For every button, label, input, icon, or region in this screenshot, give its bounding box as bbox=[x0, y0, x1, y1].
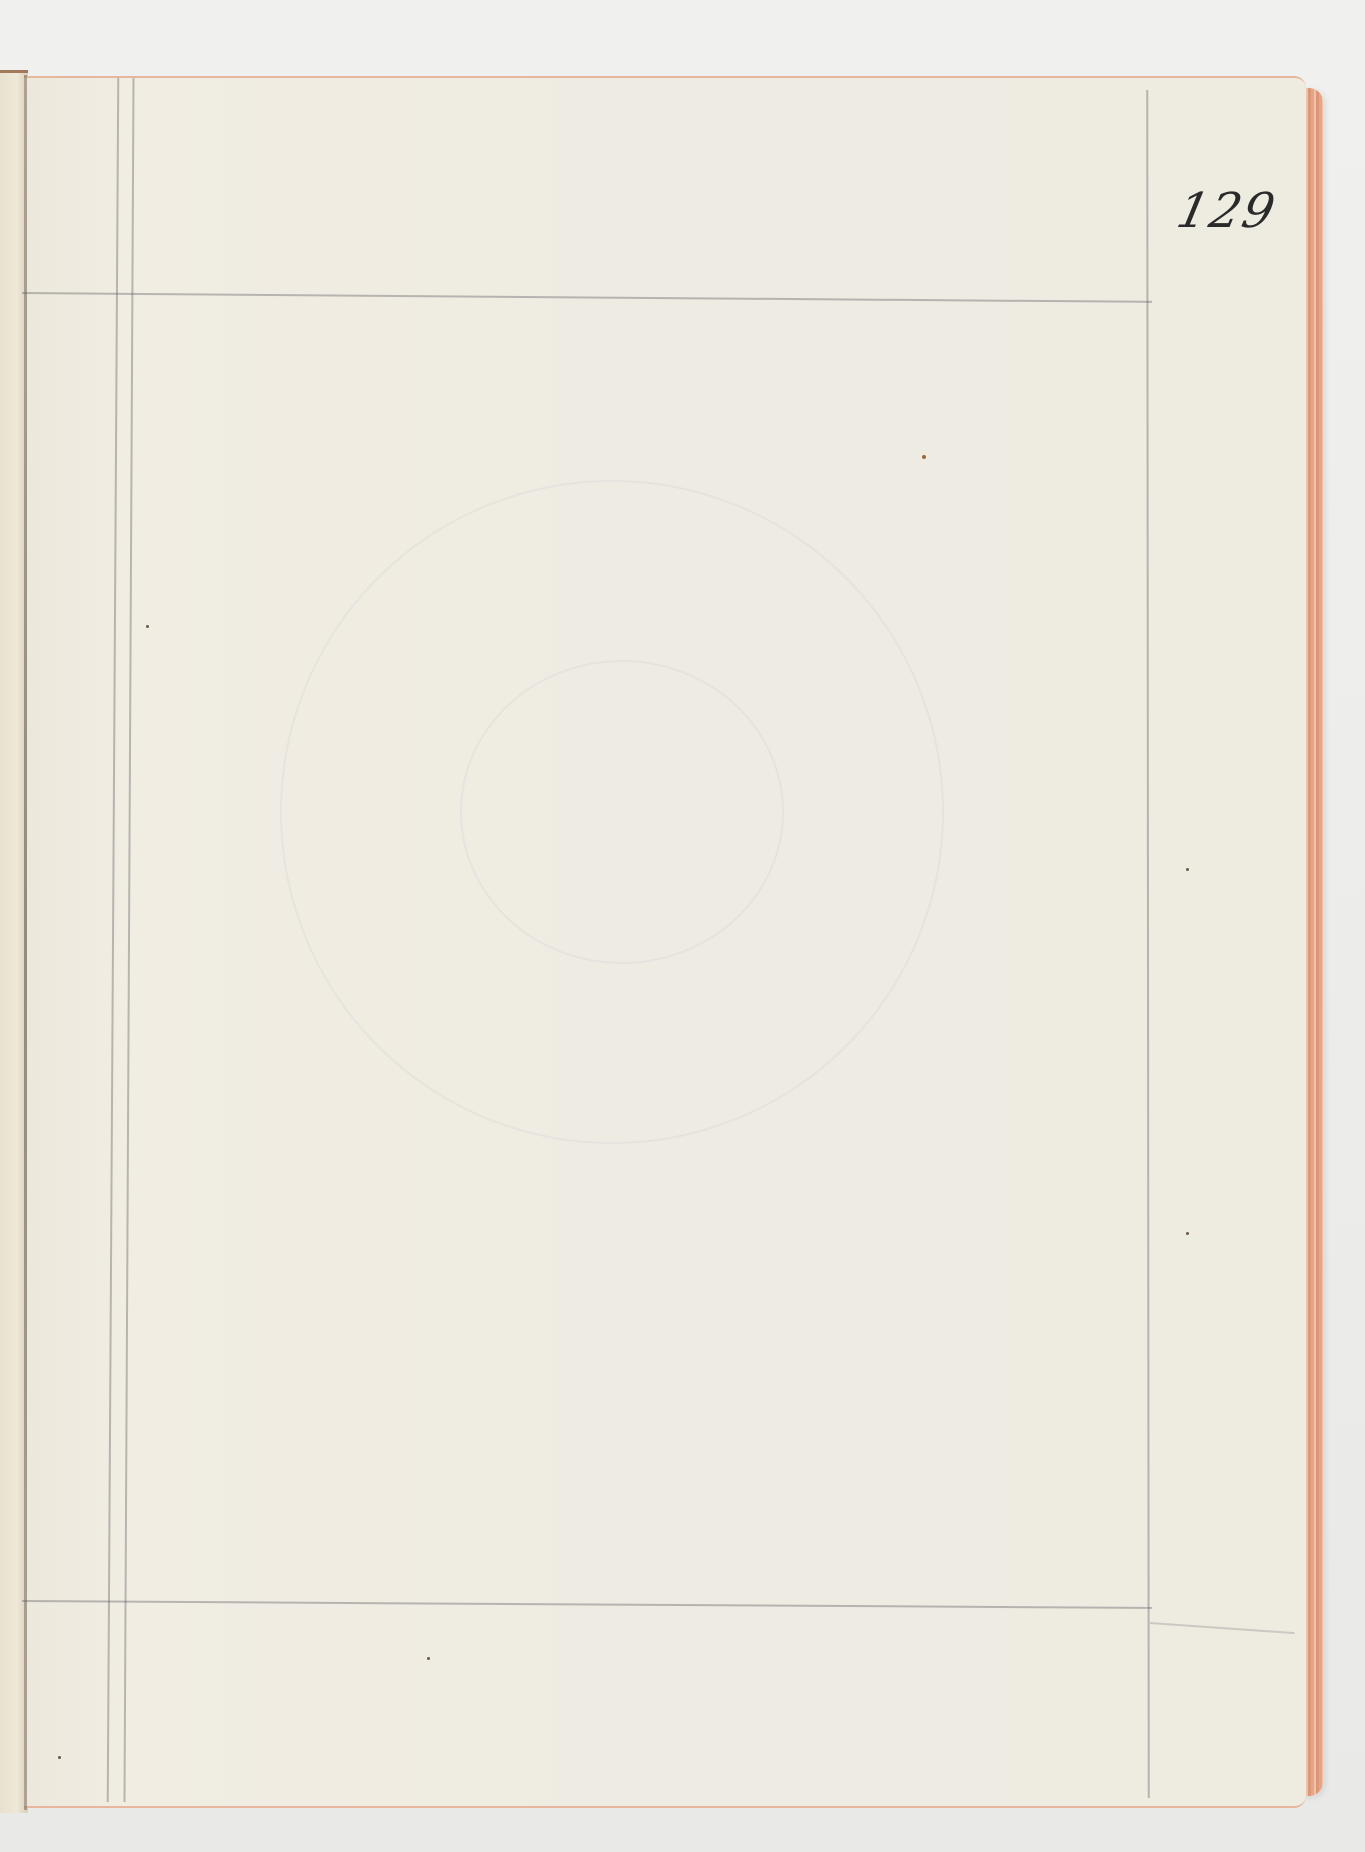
ink-speck bbox=[427, 1657, 430, 1660]
ink-speck bbox=[146, 625, 149, 628]
folio-number: 129 bbox=[1172, 183, 1282, 239]
ink-speck bbox=[1186, 1232, 1189, 1235]
binding-gutter bbox=[24, 75, 27, 1810]
ink-speck bbox=[58, 1756, 61, 1759]
show-through-inner-circle bbox=[460, 660, 784, 964]
ink-speck bbox=[1186, 868, 1189, 871]
foxing-spot bbox=[922, 455, 926, 459]
